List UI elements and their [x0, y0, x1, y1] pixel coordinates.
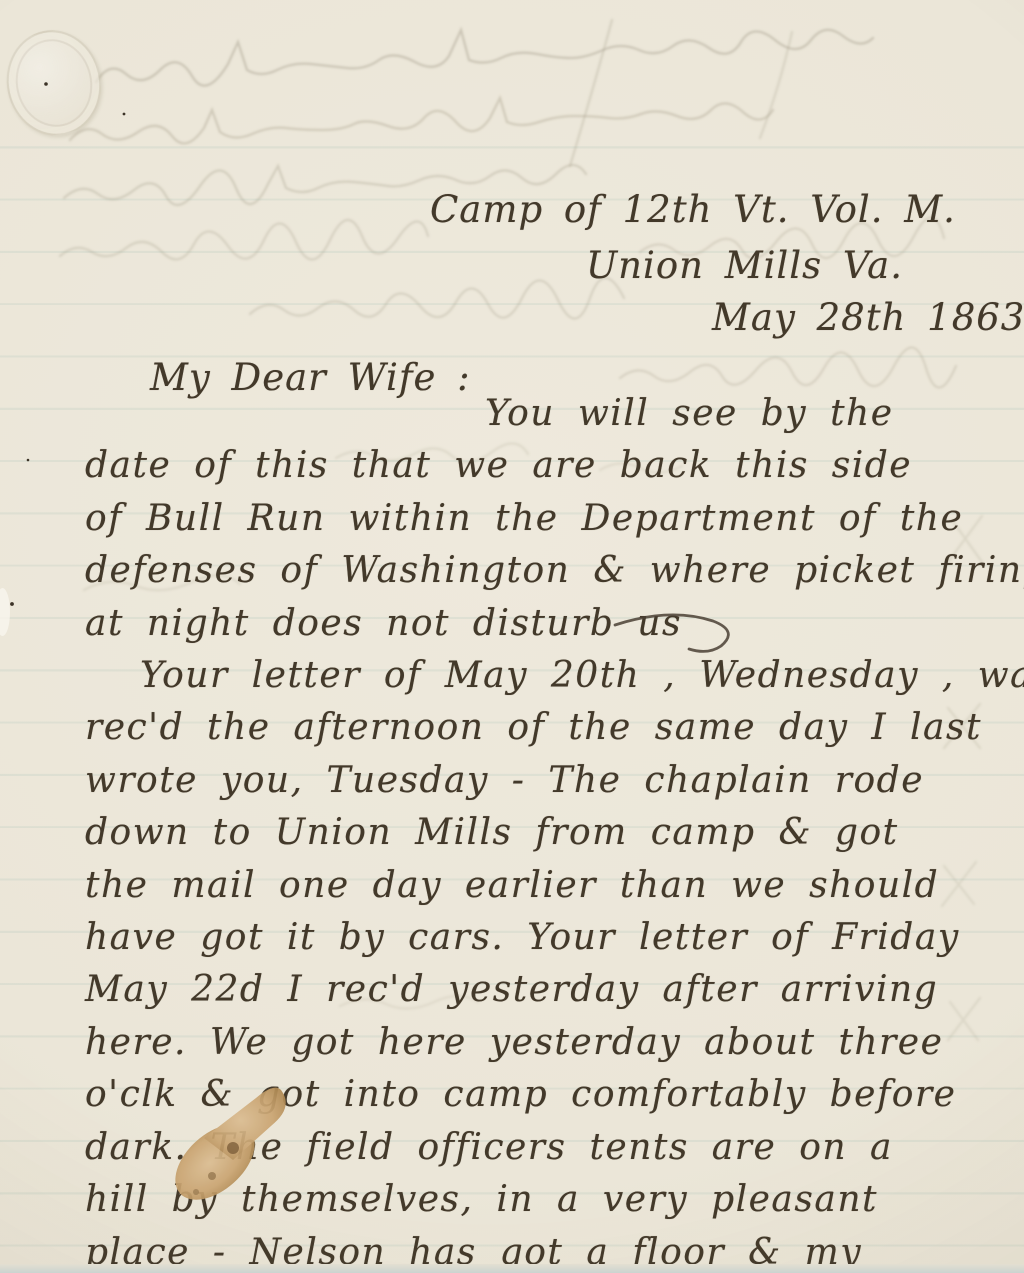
- letter-page: Camp of 12th Vt. Vol. M. Union Mills Va.…: [0, 0, 1024, 1273]
- stain-and-marks: [0, 0, 1024, 1273]
- ink-specks: [10, 82, 125, 606]
- ink-flourish: [615, 615, 728, 652]
- page-bottom-edge: [0, 1264, 1024, 1273]
- stain-blob: [161, 1088, 285, 1215]
